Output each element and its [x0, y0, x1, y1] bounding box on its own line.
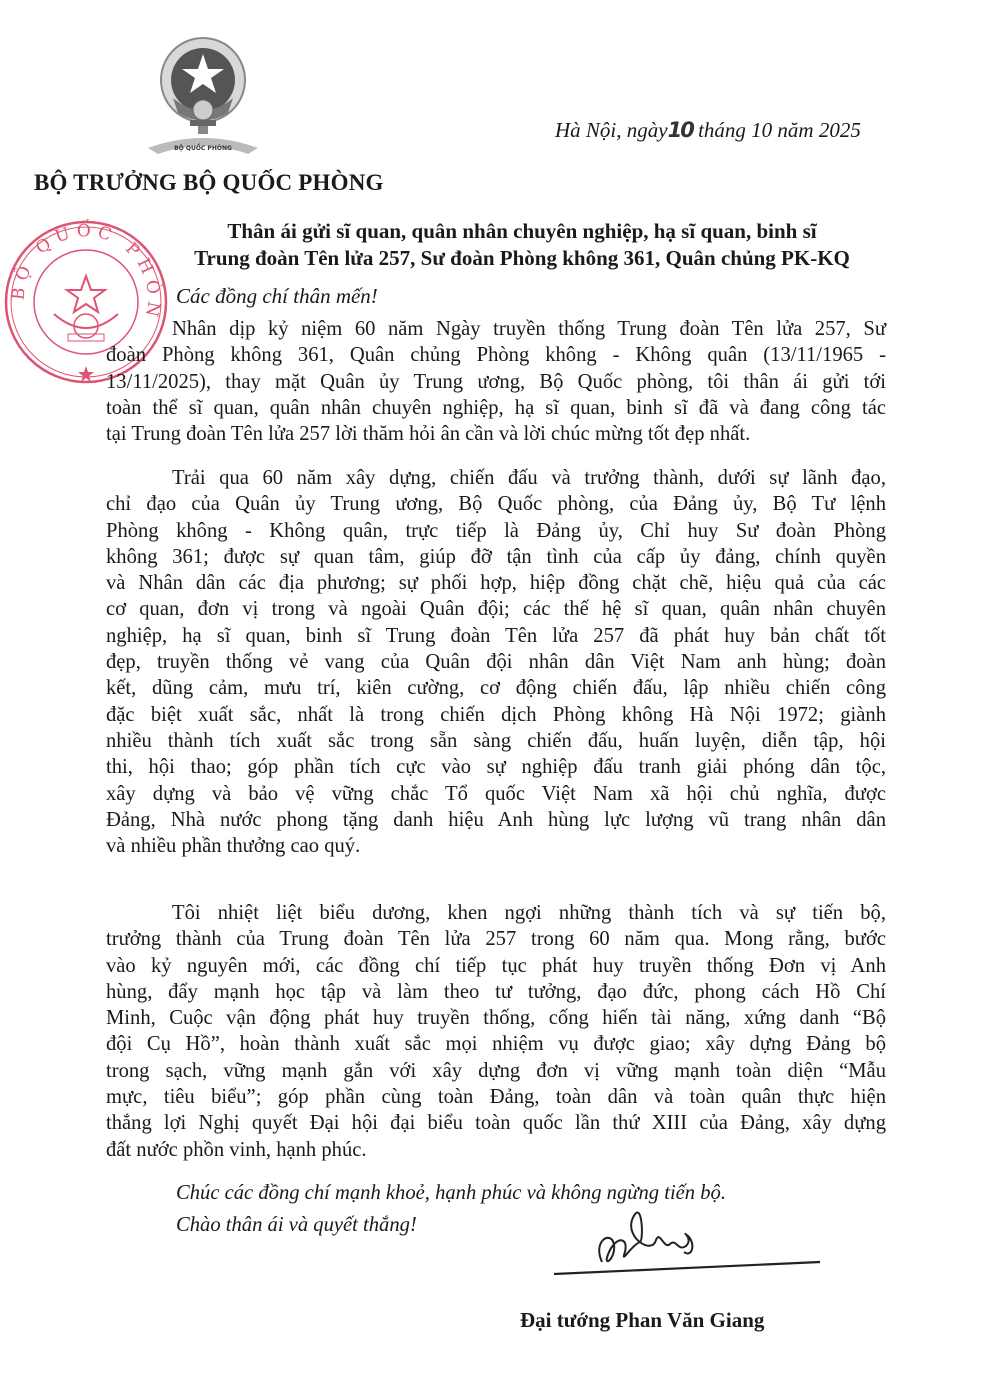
- paragraph-line: tại Trung đoàn Tên lửa 257 lời thăm hỏi …: [106, 421, 886, 447]
- paragraph-line: thắng lợi Nghị quyết Đại hội đại biểu to…: [106, 1110, 886, 1136]
- paragraph-line: không 361; được sự quan tâm, giúp đỡ tận…: [106, 544, 886, 570]
- paragraph-line: hùng, đẩy mạnh học tập và làm theo tư tư…: [106, 979, 886, 1005]
- paragraph-line: trong sạch, vững mạnh gắn với xây dựng đ…: [106, 1058, 886, 1084]
- paragraph-line: vào kỷ nguyên mới, các đồng chí tiếp tục…: [106, 953, 886, 979]
- paragraph-line: Phòng không - Không quân, trực tiếp là Đ…: [106, 518, 886, 544]
- paragraph-line: Trải qua 60 năm xây dựng, chiến đấu và t…: [106, 465, 886, 491]
- recipient-line-1: Thân ái gửi sĩ quan, quân nhân chuyên ng…: [166, 218, 878, 245]
- paragraph-line: mực, tiêu biểu”; góp phần cùng toàn Đảng…: [106, 1084, 886, 1110]
- paragraph-line: nghiệp, hạ sĩ quan, binh sĩ Trung đoàn T…: [106, 623, 886, 649]
- paragraph-line: đất nước phồn vinh, hạnh phúc.: [106, 1137, 886, 1163]
- paragraph-line: đội Cụ Hồ”, hoàn thành xuất sắc mọi nhiệ…: [106, 1031, 886, 1057]
- paragraph-line: và nhiều phần thưởng cao quý.: [106, 833, 886, 859]
- paragraph-line: và Nhân dân các địa phương; sự phối hợp,…: [106, 570, 886, 596]
- paragraph-line: thi, hội thao; góp phần tích cực vào sự …: [106, 754, 886, 780]
- paragraph-line: trưởng thành của Trung đoàn Tên lửa 257 …: [106, 926, 886, 952]
- paragraph-3: Tôi nhiệt liệt biểu dương, khen ngợi nhữ…: [106, 900, 886, 1163]
- recipient-line-2: Trung đoàn Tên lửa 257, Sư đoàn Phòng kh…: [166, 245, 878, 272]
- paragraph-1: Nhân dịp kỷ niệm 60 năm Ngày truyền thốn…: [106, 316, 886, 447]
- date-day-handwritten: 10: [668, 118, 693, 142]
- closing-farewell: Chào thân ái và quyết thắng!: [176, 1214, 417, 1237]
- svg-text:BỘ QUỐC PHÒNG: BỘ QUỐC PHÒNG: [2, 214, 165, 324]
- paragraph-line: đặc biệt xuất sắc, nhất là trong chiến d…: [106, 702, 886, 728]
- date-suffix: tháng 10 năm 2025: [698, 118, 861, 142]
- paragraph-2: Trải qua 60 năm xây dựng, chiến đấu và t…: [106, 465, 886, 859]
- salutation: Các đồng chí thân mến!: [176, 284, 378, 309]
- issuing-agency: BỘ TRƯỞNG BỘ QUỐC PHÒNG: [34, 170, 384, 196]
- paragraph-line: Tôi nhiệt liệt biểu dương, khen ngợi nhữ…: [106, 900, 886, 926]
- signer-name: Đại tướng Phan Văn Giang: [520, 1308, 764, 1333]
- paragraph-line: Nhân dịp kỷ niệm 60 năm Ngày truyền thốn…: [106, 316, 886, 342]
- paragraph-line: nhiều thành tích xuất sắc trong sẵn sàng…: [106, 728, 886, 754]
- paragraph-line: đoàn Phòng không 361, Quân chủng Phòng k…: [106, 342, 886, 368]
- dateline: Hà Nội, ngày10 tháng 10 năm 2025: [555, 118, 861, 143]
- date-prefix: Hà Nội, ngày: [555, 118, 668, 142]
- svg-text:BỘ QUỐC PHÒNG: BỘ QUỐC PHÒNG: [174, 144, 232, 152]
- paragraph-line: toàn thể sĩ quan, quân nhân chuyên nghiệ…: [106, 395, 886, 421]
- paragraph-line: đẹp, truyền thống vẻ vang của Quân đội n…: [106, 649, 886, 675]
- paragraph-line: xây dựng và bảo vệ vững chắc Tổ quốc Việ…: [106, 781, 886, 807]
- paragraph-line: cơ quan, đơn vị trong và ngoài Quân đội;…: [106, 596, 886, 622]
- national-emblem-icon: BỘ QUỐC PHÒNG: [128, 28, 278, 168]
- recipient-heading: Thân ái gửi sĩ quan, quân nhân chuyên ng…: [166, 218, 878, 272]
- paragraph-line: 13/11/2025), thay mặt Quân ủy Trung ương…: [106, 369, 886, 395]
- paragraph-line: chỉ đạo của Quân ủy Trung ương, Bộ Quốc …: [106, 491, 886, 517]
- signature-icon: [552, 1200, 822, 1290]
- paragraph-line: Minh, Cuộc vận động phát huy truyền thốn…: [106, 1005, 886, 1031]
- paragraph-line: Đảng, Nhà nước phong tặng danh hiệu Anh …: [106, 807, 886, 833]
- paragraph-line: kết, dũng cảm, mưu trí, kiên cường, cơ đ…: [106, 675, 886, 701]
